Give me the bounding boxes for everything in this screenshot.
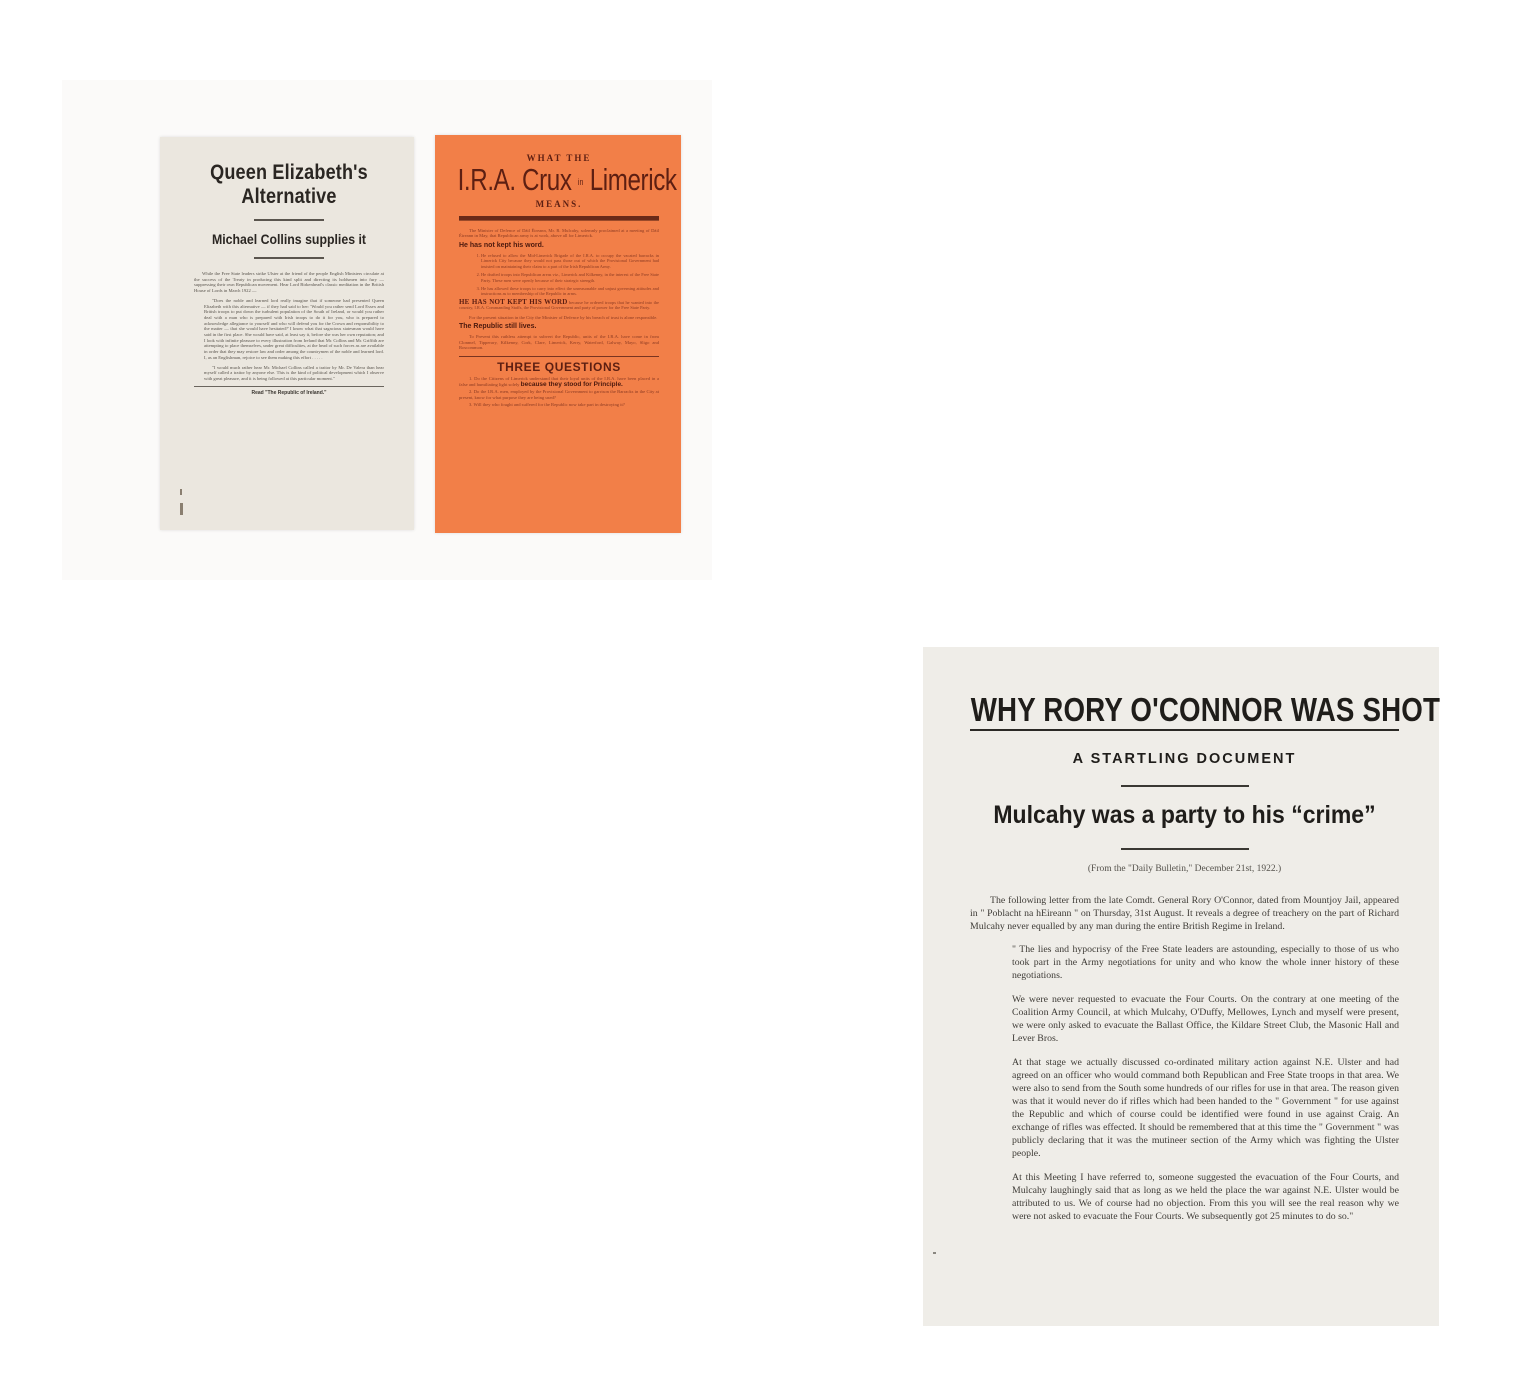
- letter-paragraph: We were never requested to evacuate the …: [1012, 993, 1399, 1045]
- paragraph: To Prevent this ruthless attempt to subv…: [459, 334, 659, 351]
- bold-statement: The Republic still lives.: [459, 323, 659, 330]
- divider: [459, 216, 659, 221]
- leaflet-subtitle: Michael Collins supplies it: [205, 231, 372, 247]
- question: 3. Will they who fought and suffered for…: [459, 402, 659, 408]
- divider: [1121, 785, 1249, 787]
- divider: [254, 219, 324, 221]
- question-text: 3. Will they who fought and suffered for…: [469, 402, 625, 407]
- source-citation: (From the "Daily Bulletin," December 21s…: [970, 864, 1399, 874]
- leaflet-body: While the Free State leaders strike Ulst…: [194, 271, 384, 382]
- list-item: He has allowed these troops to carry int…: [481, 286, 659, 297]
- title-line-1: Queen Elizabeth's: [207, 161, 370, 185]
- letter-body: " The lies and hypocrisy of the Free Sta…: [1012, 943, 1399, 1223]
- body-quote: "Does the noble and learned lord really …: [204, 298, 384, 361]
- intro-paragraph: The following letter from the late Comdt…: [970, 894, 1399, 933]
- divider: [459, 356, 659, 357]
- title-line-2: Alternative: [207, 185, 370, 209]
- paper-mark: [180, 489, 182, 495]
- letter-paragraph: At this Meeting I have referred to, some…: [1012, 1171, 1399, 1223]
- body-paragraph: To Prevent this ruthless attempt to subv…: [459, 334, 659, 351]
- body-paragraph: For the present situation in the City th…: [459, 315, 659, 321]
- footer-divider: [194, 386, 384, 387]
- intro-paragraph: The Minister of Defence of Dáil Éireann,…: [459, 228, 659, 239]
- headline-underline: [970, 729, 1399, 731]
- list-item: He refused to allow the Mid-Limerick Bri…: [481, 253, 659, 269]
- paper-mark: [933, 1252, 936, 1254]
- section-title: THREE QUESTIONS: [459, 360, 659, 374]
- divider: [254, 257, 324, 259]
- bold-statement: He has not kept his word.: [459, 242, 659, 249]
- headline-left: I.R.A. Crux: [458, 162, 572, 197]
- list-item: He drafted troops into Republican areas …: [481, 272, 659, 283]
- document-rory-oconnor: WHY RORY O'CONNOR WAS SHOT A STARTLING D…: [923, 647, 1439, 1326]
- kicker-bottom: MEANS.: [459, 199, 659, 209]
- document-kicker: A STARTLING DOCUMENT: [970, 751, 1399, 767]
- question: 1. Do the Citizens of Limerick understan…: [459, 376, 659, 387]
- paragraph: For the present situation in the City th…: [459, 315, 659, 321]
- paper-mark: [180, 503, 183, 515]
- body-quote: "I would much rather hear Mr. Michael Co…: [204, 365, 384, 382]
- leaflet-headline: I.R.A. Crux in Limerick: [458, 164, 661, 198]
- question-text: 2. Do the I.R.A. men, employed by the Pr…: [459, 389, 659, 400]
- body-paragraph: While the Free State leaders strike Ulst…: [194, 271, 384, 294]
- document-subhead: Mulcahy was a party to his “crime”: [960, 801, 1410, 830]
- question-bold: because they stood for Principle.: [521, 381, 623, 388]
- grievance-list: He refused to allow the Mid-Limerick Bri…: [459, 253, 659, 297]
- leaflet-title: Queen Elizabeth's Alternative: [207, 161, 370, 209]
- letter-paragraph: " The lies and hypocrisy of the Free Sta…: [1012, 943, 1399, 982]
- divider: [1121, 848, 1249, 850]
- headline-right: Limerick: [590, 162, 677, 197]
- leaflet-queen-elizabeth: Queen Elizabeth's Alternative Michael Co…: [160, 137, 414, 530]
- question: 2. Do the I.R.A. men, employed by the Pr…: [459, 389, 659, 400]
- leaflet-ira-crux: WHAT THE I.R.A. Crux in Limerick MEANS. …: [435, 135, 681, 533]
- he-has-not-kept-his-word: HE HAS NOT KEPT HIS WORD because he orde…: [459, 300, 659, 311]
- leaflet-footer: Read "The Republic of Ireland.": [194, 390, 384, 396]
- intro-text: The Minister of Defence of Dáil Éireann,…: [459, 228, 659, 239]
- document-headline: WHY RORY O'CONNOR WAS SHOT: [971, 691, 1399, 729]
- headline-joiner: in: [578, 177, 583, 187]
- letter-paragraph: At that stage we actually discussed co-o…: [1012, 1056, 1399, 1160]
